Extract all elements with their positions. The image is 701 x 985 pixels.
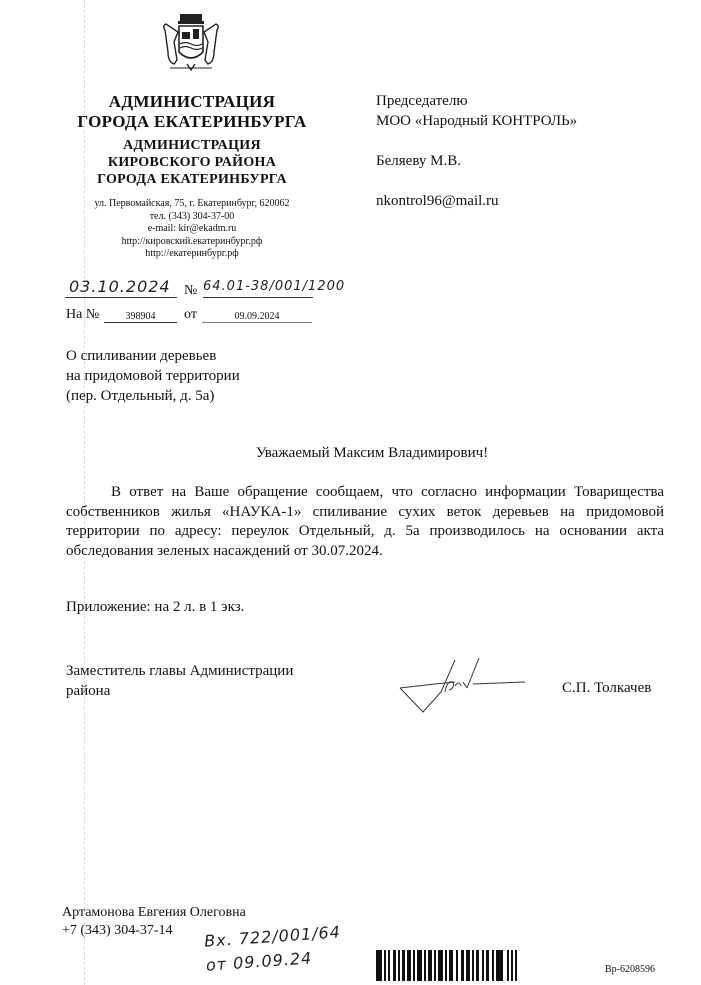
ref-date-field: 09.09.2024 [202,306,312,323]
barcode-icon [376,946,522,981]
recipient-name: Беляеву М.В. [376,151,577,171]
outgoing-number-field: 64.01-38/001/1200 [203,277,313,298]
sub-org-name: АДМИНИСТРАЦИЯ КИРОВСКОГО РАЙОНА ГОРОДА Е… [60,137,324,188]
org-line-1: АДМИНИСТРАЦИЯ [60,92,324,112]
letter-subject: О спиливании деревьев на придомовой терр… [66,346,240,406]
ref-date: 09.09.2024 [235,311,280,322]
org-contacts: ул. Первомайская, 75, г. Екатеринбург, 6… [60,198,324,261]
attachment-note: Приложение: на 2 л. в 1 экз. [66,599,244,616]
ref-number-field: 398904 [104,306,177,323]
signatory-title-line-1: Заместитель главы Администрации [66,661,293,681]
org-name: АДМИНИСТРАЦИЯ ГОРОДА ЕКАТЕРИНБУРГА [60,92,324,132]
outgoing-date-field: 03.10.2024 [65,277,177,298]
ref-from-label: от [184,307,197,323]
org-site-1: http://кировский.екатеринбург.рф [60,236,324,249]
signatory-title-line-2: района [66,681,293,701]
subject-line-2: на придомовой территории [66,366,240,386]
recipient-block: Председателю МОО «Народный КОНТРОЛЬ» Бел… [376,91,577,211]
signatory-title: Заместитель главы Администрации района [66,661,293,701]
org-line-2: ГОРОДА ЕКАТЕРИНБУРГА [60,112,324,132]
coat-of-arms-icon [160,12,222,78]
sub-org-line-1: АДМИНИСТРАЦИЯ [60,137,324,154]
org-address: ул. Первомайская, 75, г. Екатеринбург, 6… [60,198,324,211]
ref-number-label: На № [66,307,99,323]
recipient-position: Председателю [376,91,577,111]
executor-name: Артамонова Евгения Олеговна [62,904,246,922]
subject-line-3: (пер. Отдельный, д. 5а) [66,386,240,406]
sub-org-line-3: ГОРОДА ЕКАТЕРИНБУРГА [60,171,324,188]
org-email: e-mail: kir@ekadm.ru [60,223,324,236]
outgoing-number: 64.01-38/001/1200 [203,279,345,294]
body-paragraph: В ответ на Ваше обращение сообщаем, что … [66,483,664,561]
subject-line-1: О спиливании деревьев [66,346,240,366]
outgoing-date: 03.10.2024 [69,277,171,296]
org-phone: тел. (343) 304-37-00 [60,211,324,224]
recipient-email: nkontrol96@mail.ru [376,191,577,211]
number-label: № [184,283,197,299]
org-site-2: http://екатеринбург.рф [60,248,324,261]
incoming-stamp: Вх. 722/001/64 от 09.09.24 [203,920,343,977]
sub-org-line-2: КИРОВСКОГО РАЙОНА [60,154,324,171]
ref-number: 398904 [126,311,156,322]
handwritten-signature-icon [395,652,535,720]
document-reg-code: Вр-6208596 [605,964,655,975]
recipient-organization: МОО «Народный КОНТРОЛЬ» [376,111,577,131]
signatory-name: С.П. Толкачев [562,680,651,697]
letter-body: В ответ на Ваше обращение сообщаем, что … [66,483,664,561]
greeting: Уважаемый Максим Владимирович! [66,445,678,462]
